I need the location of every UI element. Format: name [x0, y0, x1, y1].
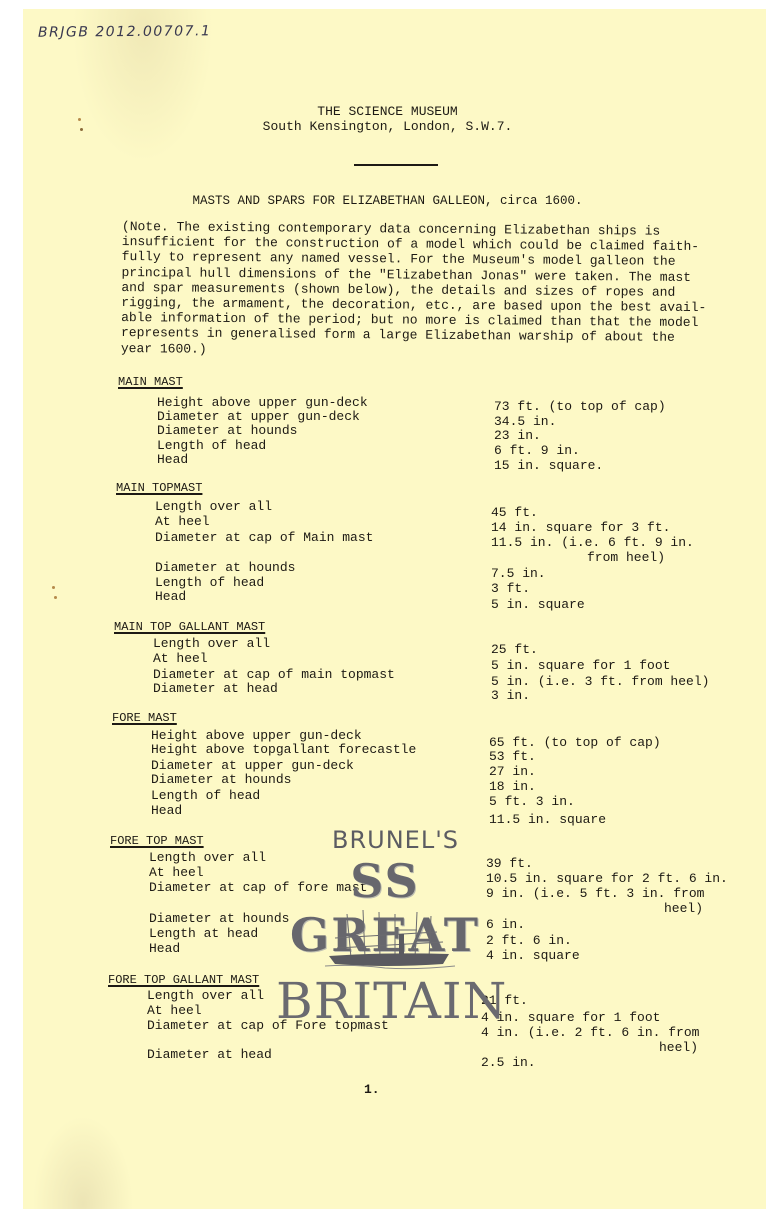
measurement-value: 11.5 in. (i.e. 6 ft. 9 in.: [491, 535, 694, 550]
measurement-value: 10.5 in. square for 2 ft. 6 in.: [486, 871, 728, 886]
measurement-value: 9 in. (i.e. 5 ft. 3 in. from: [486, 886, 704, 901]
measurement-label: Diameter at hounds: [155, 560, 295, 575]
measurement-value: 65 ft. (to top of cap): [489, 735, 661, 750]
measurement-label: Diameter at hounds: [149, 911, 289, 926]
measurement-value: 23 in.: [494, 428, 541, 443]
measurement-label: Diameter at head: [153, 681, 278, 696]
measurement-value: 7.5 in.: [491, 566, 546, 581]
measurement-label: Diameter at hounds: [157, 423, 297, 438]
measurement-value: 3 ft.: [491, 581, 530, 596]
measurement-value: 14 in. square for 3 ft.: [491, 520, 670, 535]
document-title: MASTS AND SPARS FOR ELIZABETHAN GALLEON,…: [0, 194, 775, 208]
page-number: 1.: [364, 1082, 380, 1097]
measurement-label: Head: [149, 941, 180, 956]
section-heading: MAIN MAST: [118, 375, 183, 389]
measurement-label: Diameter at upper gun-deck: [157, 409, 360, 424]
measurement-value: 4 in. square: [486, 948, 580, 963]
measurement-value: 5 in. (i.e. 3 ft. from heel): [491, 674, 709, 689]
measurement-value: 18 in.: [489, 779, 536, 794]
measurement-label: Length of head: [155, 575, 264, 590]
measurement-value: 5 ft. 3 in.: [489, 794, 575, 809]
measurement-label: Head: [155, 589, 186, 604]
measurement-label: Diameter at cap of main topmast: [153, 667, 395, 682]
section-heading: MAIN TOPMAST: [116, 481, 202, 495]
measurement-value: from heel): [587, 550, 665, 565]
measurement-value: 2.5 in.: [481, 1055, 536, 1070]
section-heading: FORE TOP GALLANT MAST: [108, 973, 259, 987]
header-divider: [354, 164, 438, 166]
section-heading: MAIN TOP GALLANT MAST: [114, 620, 265, 634]
measurement-label: At heel: [155, 514, 210, 529]
measurement-label: Diameter at cap of Main mast: [155, 530, 373, 545]
measurement-label: Diameter at upper gun-deck: [151, 758, 354, 773]
measurement-value: 15 in. square.: [494, 458, 603, 473]
measurement-value: 11.5 in. square: [489, 812, 606, 827]
measurement-label: Height above upper gun-deck: [157, 395, 368, 410]
measurement-value: 45 ft.: [491, 505, 538, 520]
measurement-value: 5 in. square for 1 foot: [491, 658, 670, 673]
measurement-value: 4 in. (i.e. 2 ft. 6 in. from: [481, 1025, 699, 1040]
measurement-label: Length over all: [149, 850, 266, 865]
measurement-value: 27 in.: [489, 764, 536, 779]
measurement-label: At heel: [153, 651, 208, 666]
measurement-label: Length over all: [147, 988, 264, 1003]
institution-name: THE SCIENCE MUSEUM: [0, 104, 775, 119]
measurement-label: Length of head: [151, 788, 260, 803]
measurement-value: 34.5 in.: [494, 414, 556, 429]
measurement-value: 2 ft. 6 in.: [486, 933, 572, 948]
measurement-label: Diameter at head: [147, 1047, 272, 1062]
measurement-label: Length over all: [155, 499, 272, 514]
measurement-value: 53 ft.: [489, 749, 536, 764]
measurement-label: Length over all: [153, 636, 270, 651]
paper-stain: [54, 596, 57, 599]
measurement-label: Height above topgallant forecastle: [151, 742, 416, 757]
note-paragraph: (Note. The existing contemporary data co…: [121, 219, 677, 361]
measurement-label: At heel: [147, 1003, 202, 1018]
measurement-value: 21 ft.: [481, 993, 528, 1008]
measurement-label: Head: [157, 452, 188, 467]
measurement-value: 39 ft.: [486, 856, 533, 871]
paper-stain: [52, 586, 55, 589]
measurement-label: Length of head: [157, 438, 266, 453]
measurement-value: 25 ft.: [491, 642, 538, 657]
measurement-value: 6 ft. 9 in.: [494, 443, 580, 458]
measurement-value: 5 in. square: [491, 597, 585, 612]
measurement-label: Diameter at cap of Fore topmast: [147, 1018, 389, 1033]
measurement-value: heel): [659, 1040, 698, 1055]
section-heading: FORE MAST: [112, 711, 177, 725]
measurement-value: 6 in.: [486, 917, 525, 932]
measurement-label: At heel: [149, 865, 204, 880]
catalogue-reference: BRJGB 2012.00707.1: [38, 23, 211, 41]
institution-address: South Kensington, London, S.W.7.: [0, 119, 775, 134]
measurement-label: Diameter at cap of fore mast: [149, 880, 367, 895]
measurement-label: Length at head: [149, 926, 258, 941]
measurement-label: Height above upper gun-deck: [151, 728, 362, 743]
measurement-value: 73 ft. (to top of cap): [494, 399, 666, 414]
section-heading: FORE TOP MAST: [110, 834, 204, 848]
measurement-label: Diameter at hounds: [151, 772, 291, 787]
measurement-label: Head: [151, 803, 182, 818]
measurement-value: heel): [664, 901, 703, 916]
measurement-value: 3 in.: [491, 688, 530, 703]
measurement-value: 4 in. square for 1 foot: [481, 1010, 660, 1025]
